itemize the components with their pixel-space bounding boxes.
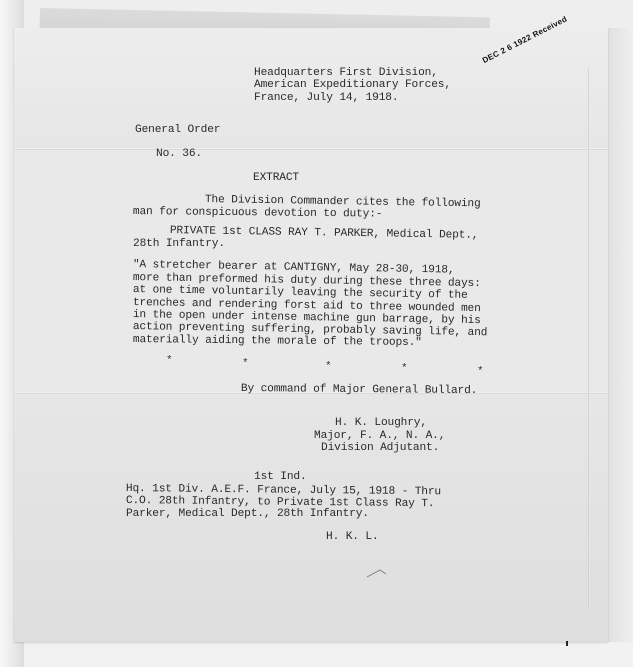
asterisk: *: [401, 363, 408, 375]
asterisk: *: [242, 358, 249, 370]
indorsement-heading: 1st Ind.: [254, 471, 307, 484]
command-line: By command of Major General Bullard.: [241, 383, 477, 398]
indorsement-line: Parker, Medical Dept., 28th Infantry.: [126, 508, 369, 521]
header-line-2: American Expeditionary Forces,: [254, 79, 451, 92]
asterisk: *: [477, 366, 484, 378]
pencil-mark-icon: [366, 568, 388, 578]
paper-right-edge: [608, 28, 633, 642]
asterisk: *: [166, 355, 173, 367]
header-line-3: France, July 14, 1918.: [254, 92, 398, 105]
indorsement-initials: H. K. L.: [326, 531, 379, 544]
general-order-title: General Order: [135, 124, 220, 137]
extract-heading: EXTRACT: [253, 172, 299, 185]
general-order-number: No. 36.: [156, 148, 202, 161]
fold-line-vertical: [588, 68, 590, 608]
fold-line-horizontal-1: [14, 148, 608, 150]
signature-name: H. K. Loughry,: [335, 417, 427, 430]
edge-tick-mark: [566, 641, 568, 646]
intro-line-2: man for conspicuous devotion to duty:-: [133, 206, 383, 222]
citee-line-2: 28th Infantry.: [133, 238, 225, 251]
asterisk: *: [325, 361, 332, 373]
signature-title: Division Adjutant.: [321, 442, 439, 455]
